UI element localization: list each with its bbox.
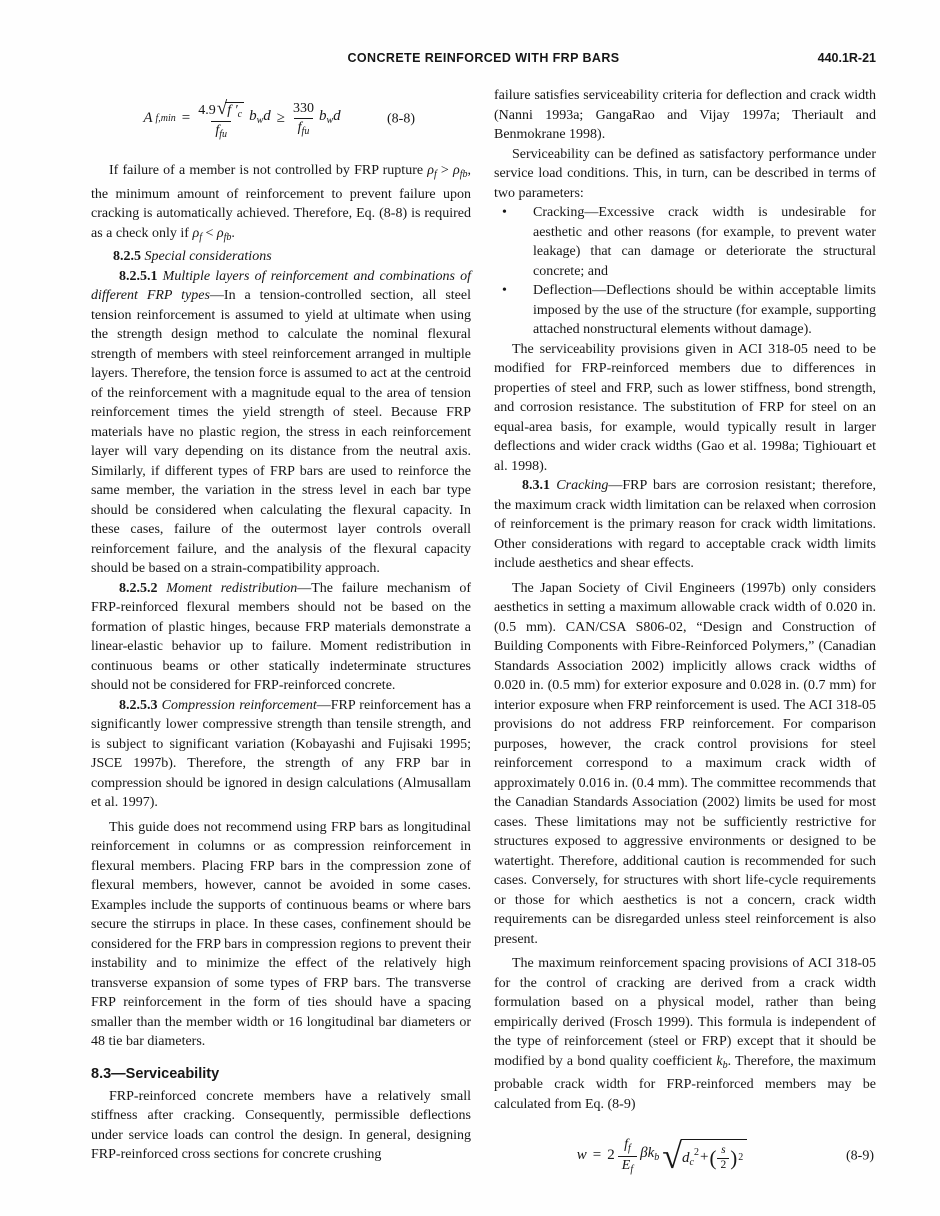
bullet-icon: • <box>502 281 507 301</box>
paragraph: If failure of a member is not controlled… <box>91 161 471 247</box>
radical-icon: √ <box>662 1141 682 1172</box>
paragraph: failure satisfies serviceability criteri… <box>494 86 876 145</box>
section-paragraph-8-2-5-2: 8.2.5.2 Moment redistribution—The failur… <box>91 579 471 696</box>
paragraph: The maximum reinforcement spacing provis… <box>494 954 876 1114</box>
paragraph: This guide does not recommend using FRP … <box>91 818 471 1052</box>
section-paragraph-8-2-5-1: 8.2.5.1 Multiple layers of reinforcement… <box>91 267 471 579</box>
equation-8-8: Af,min = 4.9√f ′c ffu bwd ≥ 330 ffu bwd … <box>91 92 471 146</box>
section-heading-8-3: 8.3—Serviceability <box>91 1065 471 1084</box>
bullet-item-cracking: •Cracking—Excessive crack width is undes… <box>494 203 876 281</box>
section-paragraph-8-3-1: 8.3.1 Cracking—FRP bars are corrosion re… <box>494 476 876 574</box>
section-heading-8-2-5: 8.2.5 Special considerations <box>91 247 471 267</box>
equation-8-9-body: w = 2 ff Ef βkb √ dc2 + ( s 2 ) <box>577 1128 747 1184</box>
header-title: CONCRETE REINFORCED WITH FRP BARS <box>91 52 876 65</box>
document-page: CONCRETE REINFORCED WITH FRP BARS 440.1R… <box>0 0 940 1216</box>
paragraph: The serviceability provisions given in A… <box>494 340 876 477</box>
paragraph: The Japan Society of Civil Engineers (19… <box>494 579 876 950</box>
bullet-icon: • <box>502 203 507 223</box>
paragraph: Serviceability can be defined as satisfa… <box>494 145 876 204</box>
header-page-number: 440.1R-21 <box>818 52 876 65</box>
right-column: failure satisfies serviceability criteri… <box>494 86 876 1184</box>
bullet-item-deflection: •Deflection—Deflections should be within… <box>494 281 876 340</box>
equation-8-8-body: Af,min = 4.9√f ′c ffu bwd ≥ 330 ffu bwd <box>143 92 340 146</box>
paragraph: FRP-reinforced concrete members have a r… <box>91 1087 471 1165</box>
equation-label: (8-9) <box>846 1146 874 1166</box>
section-paragraph-8-2-5-3: 8.2.5.3 Compression reinforcement—FRP re… <box>91 696 471 813</box>
equation-8-9: w = 2 ff Ef βkb √ dc2 + ( s 2 ) <box>494 1128 876 1184</box>
left-column: Af,min = 4.9√f ′c ffu bwd ≥ 330 ffu bwd … <box>91 86 471 1165</box>
equation-label: (8-8) <box>387 109 415 129</box>
